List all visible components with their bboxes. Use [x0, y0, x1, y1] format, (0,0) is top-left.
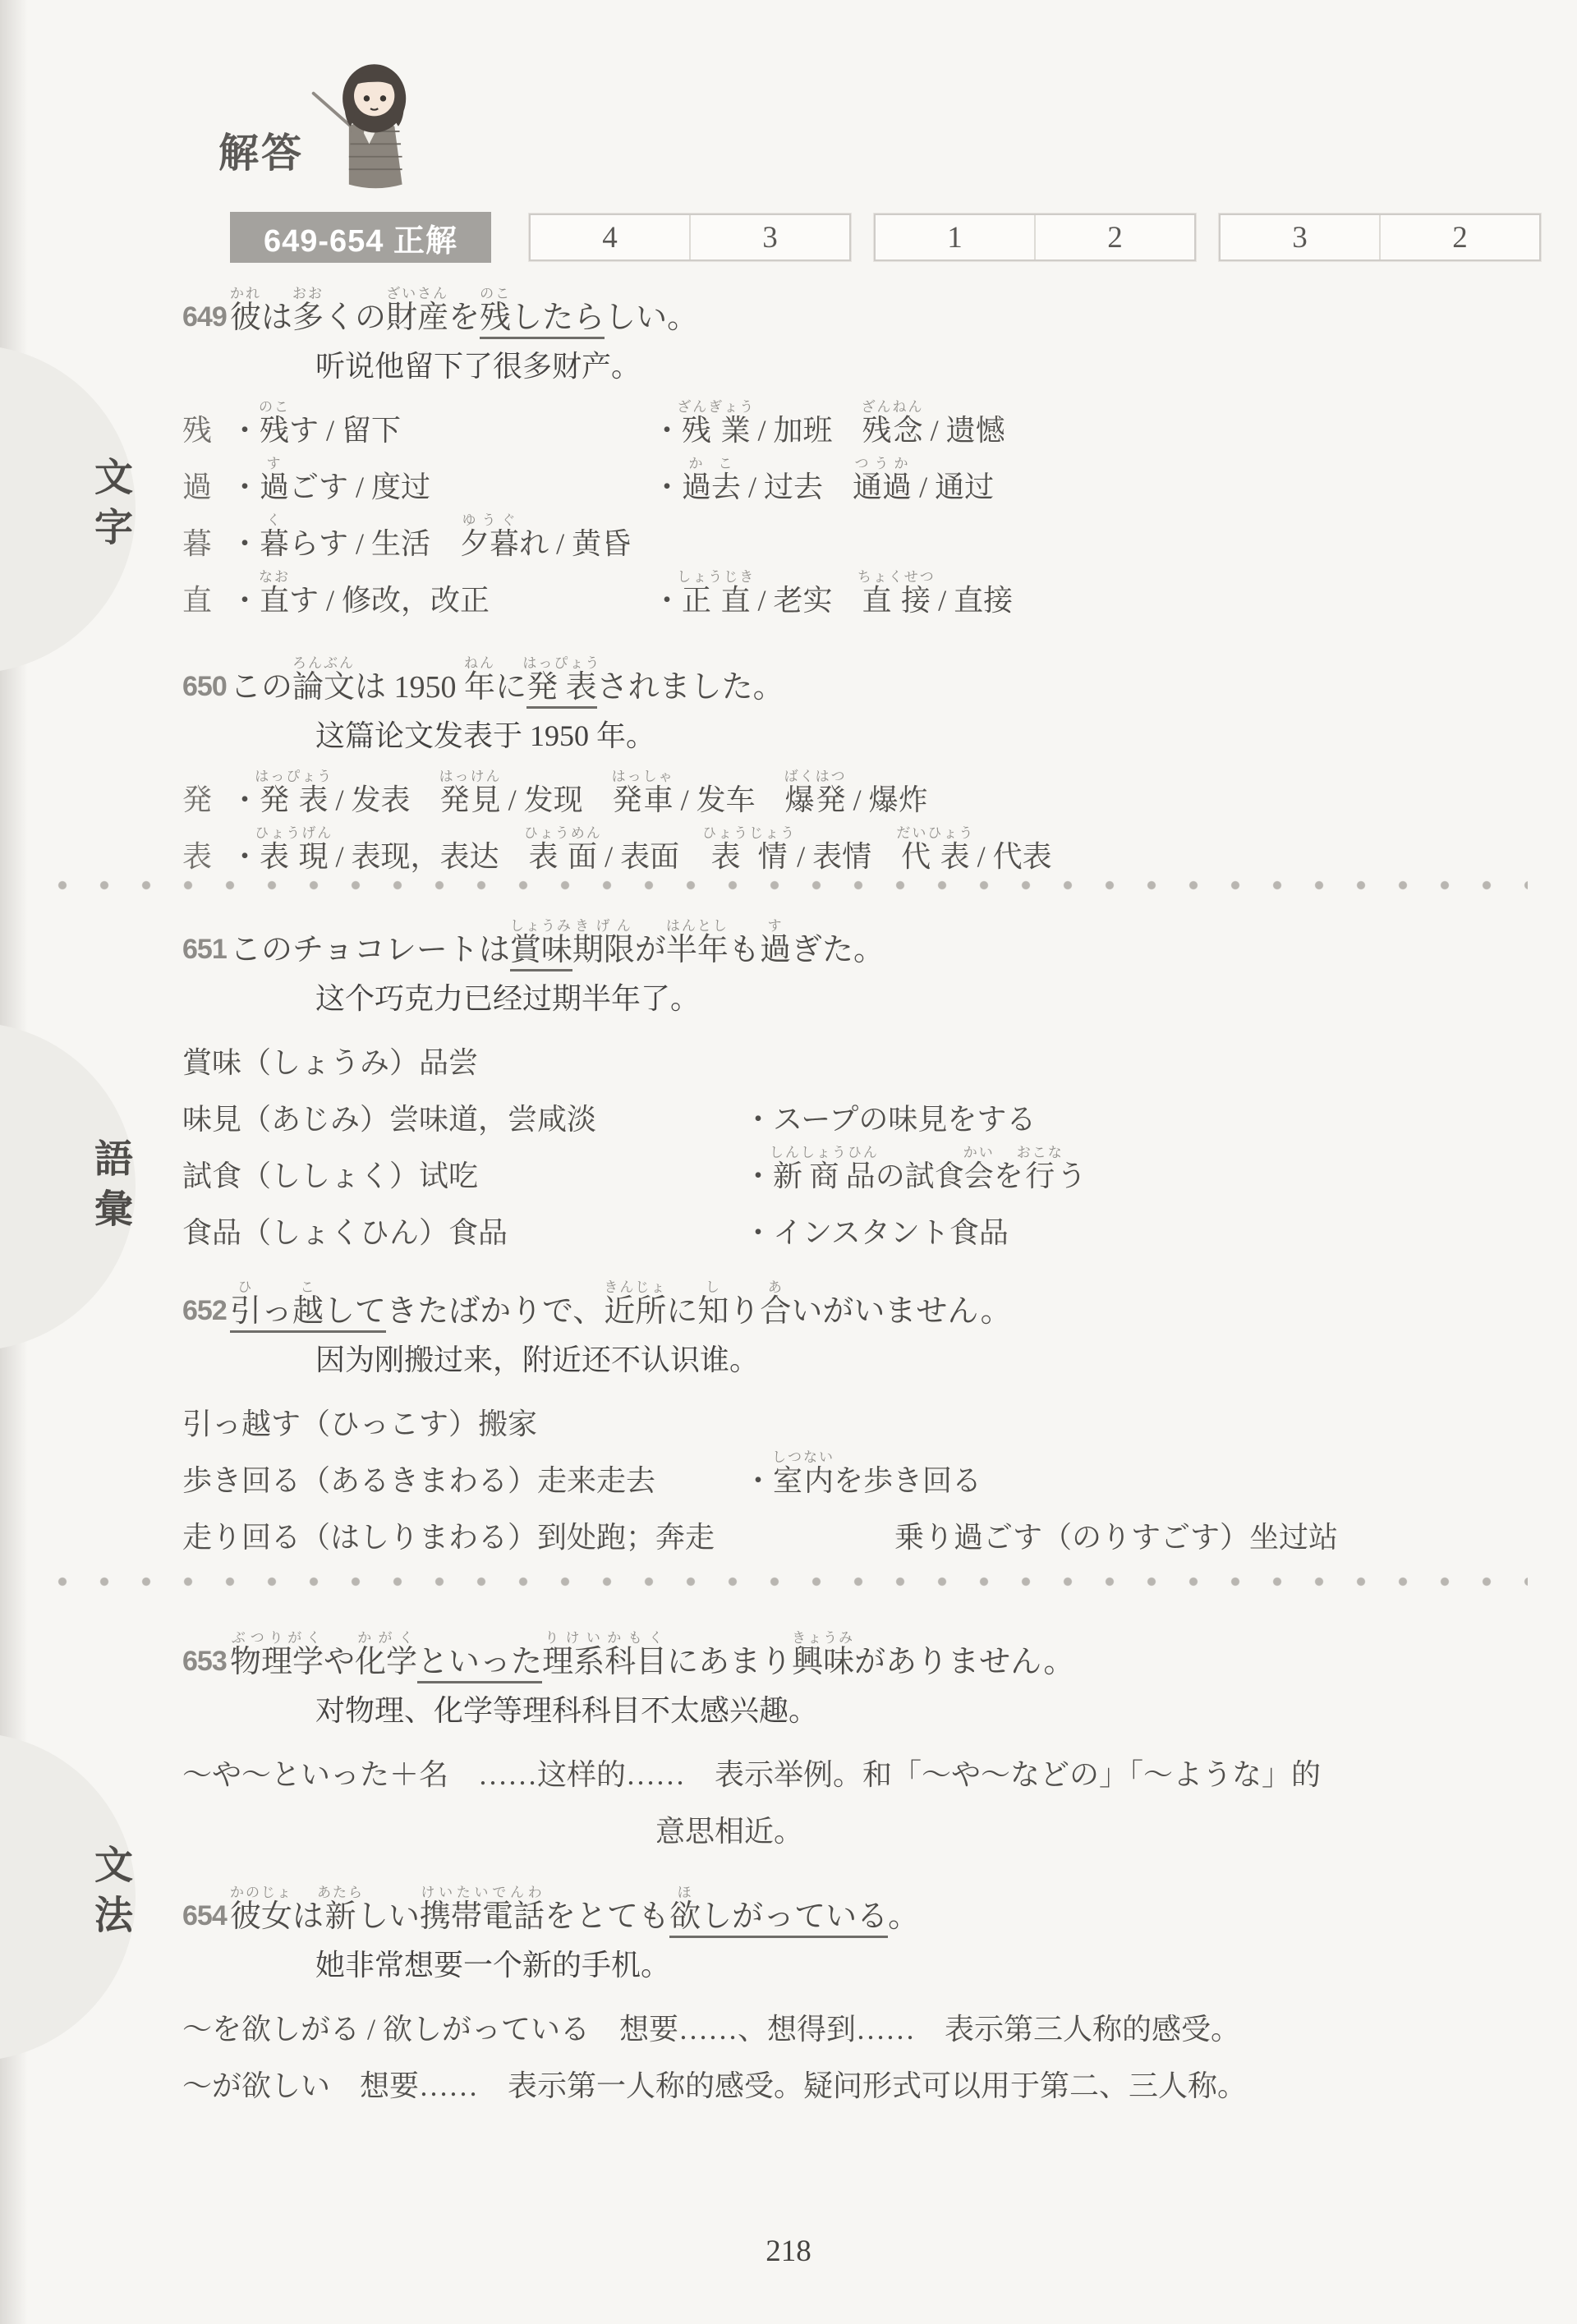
- ruby-word: 暮く: [260, 527, 289, 560]
- line-part: 発: [182, 777, 230, 819]
- vocab-line: 試食（ししょく）试吃・新商品しんしょうひんの試食会かいを行おこなう: [182, 1141, 1529, 1195]
- line-part: 表: [182, 834, 230, 875]
- line-part: ・室内しつないを歩き回る: [743, 1449, 982, 1500]
- vocab-line: 引っ越す（ひっこす）搬家: [182, 1389, 1529, 1443]
- line-part: 試食（ししょく）试吃: [182, 1153, 743, 1195]
- text-segment: / 发车: [674, 783, 785, 816]
- text-segment: / 直接: [931, 584, 1013, 617]
- text-segment: ・: [230, 527, 260, 560]
- ruby-word: 新あたら: [324, 1899, 357, 1934]
- text-segment: 直: [182, 584, 212, 617]
- line-part: 賞味（しょうみ）品尝: [182, 1040, 478, 1082]
- answer-cell: 3: [689, 215, 849, 259]
- ruby-word: 発見はっけん: [440, 783, 501, 816]
- question-sentence: 650 この論文ろんぶんは 1950 年ねんに発表はっぴょうされました。: [182, 647, 1529, 706]
- vocab-line: 味見（あじみ）尝味道，尝咸淡・スープの味見をする: [182, 1084, 1529, 1138]
- vocab-line: 表・表現ひょうげん / 表现，表达 表面ひょうめん / 表面 表情ひょうじょう …: [182, 821, 1529, 875]
- translation-line: 这篇论文发表于 1950 年。: [315, 713, 1529, 755]
- text-segment: ぎた。: [791, 933, 885, 967]
- line-part: 〜を欲しがる / 欲しがっている 想要……、想得到…… 表示第三人称的感受。: [182, 2006, 1240, 2048]
- text-segment: 走り回る（はしりまわる）到处跑；奔走: [182, 1521, 715, 1554]
- question-block: 653 物理学ぶつりがくや化学かがくといった理系科目りけいかもくにあまり興味きょ…: [182, 1622, 1529, 1853]
- ruby-word: 爆発ばくはつ: [785, 783, 846, 816]
- ruby-word: 多おお: [292, 301, 324, 335]
- question-block: 650 この論文ろんぶんは 1950 年ねんに発表はっぴょうされました。 这篇论…: [182, 647, 1529, 878]
- correct-range-badge: 649-654 正解: [230, 212, 491, 263]
- vocab-line: 歩き回る（あるきまわる）走来走去・室内しつないを歩き回る: [182, 1445, 1529, 1500]
- text-segment: の試食: [876, 1160, 964, 1192]
- text-segment: は: [261, 301, 292, 335]
- ruby-word: 発表はっぴょう: [260, 783, 329, 816]
- text-segment: 〜を欲しがる / 欲しがっている 想要……、想得到…… 表示第三人称的感受。: [182, 2013, 1240, 2046]
- text-segment: ごす / 度过: [289, 471, 430, 503]
- text-segment: / 表情: [789, 840, 901, 873]
- answer-group: 4 3: [529, 214, 851, 261]
- text-segment: 味見（あじみ）尝味道，尝咸淡: [182, 1103, 596, 1136]
- vocab-lines: 発・発表はっぴょう / 发表 発見はっけん / 发现 発車はっしゃ / 发车 爆…: [182, 765, 1529, 875]
- ruby-word: 残のこ: [480, 301, 511, 339]
- question-number: 650: [182, 671, 230, 706]
- margin-label-bunpou: 文法: [84, 1844, 139, 1945]
- question-block: 651 このチョコレートは賞味しょうみ期限きげんが半年はんとしも過すぎた。 这个…: [182, 910, 1529, 1254]
- text-segment: ・: [230, 584, 260, 617]
- ruby-word: 発車はっしゃ: [613, 783, 674, 816]
- text-segment: したら: [511, 301, 605, 339]
- text-segment: が: [635, 933, 666, 967]
- ruby-word: 興味きょうみ: [792, 1645, 854, 1679]
- text-segment: ・: [652, 471, 682, 503]
- question-number: 652: [182, 1295, 230, 1330]
- ruby-word: 越こ: [292, 1294, 324, 1333]
- text-segment: に: [666, 1294, 697, 1329]
- ruby-word: 携帯電話けいたいでんわ: [420, 1899, 545, 1934]
- text-segment: この: [230, 670, 292, 705]
- book-page: 文字 語彙 文法 解答 649-654 正解 4 3 1 2 3 2: [0, 0, 1577, 2324]
- text-segment: / 加班: [751, 414, 862, 447]
- ruby-word: 表現ひょうげん: [260, 840, 329, 873]
- text-segment: 発: [182, 783, 212, 816]
- text-segment: / 发现: [501, 783, 613, 816]
- answer-cell: 4: [531, 215, 689, 259]
- ruby-word: 新商品しんしょうひん: [773, 1160, 876, 1192]
- text-segment: ・インスタント食品: [743, 1216, 1009, 1249]
- text-segment: ・: [230, 414, 260, 447]
- grammar-lines: 〜や〜といった＋名 ……这样的…… 表示举例。和「〜や〜などの」「〜ような」的意…: [182, 1739, 1529, 1850]
- question-sentence: 651 このチョコレートは賞味しょうみ期限きげんが半年はんとしも過すぎた。: [182, 910, 1529, 969]
- text-segment: いがいません。: [791, 1294, 1011, 1329]
- question-block: 654 彼女かのじょは新あたらしい携帯電話けいたいでんわをとても欲ほしがっている…: [182, 1876, 1529, 2107]
- text-segment: らす / 生活: [289, 527, 460, 560]
- question-number: 653: [182, 1646, 230, 1681]
- text-segment: / 表现，表达: [329, 840, 529, 873]
- vocab-line: 直・直なおす / 修改，改正・正直しょうじき / 老实 直接ちょくせつ / 直接: [182, 565, 1529, 619]
- line-part: ・発表はっぴょう / 发表 発見はっけん / 发现 発車はっしゃ / 发车 爆発…: [230, 769, 928, 819]
- line-part: ・表現ひょうげん / 表现，表达 表面ひょうめん / 表面 表情ひょうじょう /…: [230, 825, 1052, 875]
- text-segment: 賞味（しょうみ）品尝: [182, 1046, 478, 1079]
- line-part: 残: [182, 407, 230, 449]
- text-segment: をとても: [545, 1899, 669, 1934]
- answer-group: 1 2: [874, 214, 1196, 261]
- text-segment: / 老实: [751, 584, 862, 617]
- ruby-word: 過す: [260, 471, 289, 503]
- vocab-lines: 引っ越す（ひっこす）搬家歩き回る（あるきまわる）走来走去・室内しつないを歩き回る…: [182, 1389, 1529, 1556]
- sentence-text: 彼かれは多おおくの財産ざいさんを残のこしたらしい。: [230, 286, 698, 337]
- question-number: 651: [182, 934, 230, 969]
- text-segment: ・: [230, 471, 260, 503]
- sentence-text: この論文ろんぶんは 1950 年ねんに発表はっぴょうされました。: [230, 655, 784, 706]
- line-part: ・インスタント食品: [743, 1210, 1009, 1252]
- ruby-word: 賞味しょうみ: [510, 933, 572, 971]
- line-part: 走り回る（はしりまわる）到处跑；奔走: [182, 1514, 894, 1556]
- ruby-word: 残念ざんねん: [862, 414, 923, 447]
- ruby-word: 表情ひょうじょう: [709, 840, 789, 873]
- vocab-line: 食品（しょくひん）食品・インスタント食品: [182, 1197, 1529, 1252]
- text-segment: ・: [743, 1464, 773, 1497]
- translation-line: 她非常想要一个新的手机。: [315, 1942, 1529, 1984]
- text-segment: くの: [324, 301, 386, 335]
- question-number: 654: [182, 1900, 230, 1936]
- text-segment: しい。: [605, 301, 698, 335]
- question-sentence: 652 引ひっ越こしてきたばかりで、近所きんじょに知しり合あいがいません。: [182, 1271, 1529, 1330]
- vocab-line: 意思相近。: [182, 1796, 1529, 1850]
- text-segment: 〜が欲しい 想要…… 表示第一人称的感受。疑问形式可以用于第二、三人称。: [182, 2069, 1247, 2102]
- text-segment: / 发表: [329, 783, 440, 816]
- text-segment: / 代表: [970, 840, 1052, 873]
- text-segment: / 通过: [912, 471, 994, 503]
- vocab-line: 〜が欲しい 想要…… 表示第一人称的感受。疑问形式可以用于第二、三人称。: [182, 2051, 1529, 2105]
- text-segment: 乗り過ごす（のりすごす）坐过站: [894, 1521, 1338, 1554]
- vocab-line: 暮・暮くらす / 生活 夕暮ゆうぐれ / 黄昏: [182, 508, 1529, 563]
- answer-cell: 2: [1379, 215, 1539, 259]
- vocab-line: 〜や〜といった＋名 ……这样的…… 表示举例。和「〜や〜などの」「〜ような」的: [182, 1739, 1529, 1794]
- vocab-lines: 賞味（しょうみ）品尝味見（あじみ）尝味道，尝咸淡・スープの味見をする試食（ししょ…: [182, 1027, 1529, 1252]
- text-segment: は 1950: [355, 670, 464, 705]
- ruby-word: 化学かがく: [355, 1645, 417, 1679]
- text-segment: を歩き回る: [834, 1464, 982, 1497]
- ruby-word: 表面ひょうめん: [529, 840, 598, 873]
- line-part: ・直なおす / 修改，改正: [230, 569, 652, 619]
- text-segment: 表: [182, 840, 212, 873]
- text-segment: / 遗憾: [923, 414, 1005, 447]
- line-part: ・過すごす / 度过: [230, 456, 652, 506]
- line-part: ・スープの味見をする: [743, 1096, 1036, 1138]
- ruby-word: 彼かれ: [230, 301, 261, 335]
- ruby-word: 正直しょうじき: [682, 584, 751, 617]
- line-part: 暮: [182, 521, 230, 563]
- ruby-word: 残のこ: [260, 414, 289, 447]
- question-sentence: 649 彼かれは多おおくの財産ざいさんを残のこしたらしい。: [182, 278, 1529, 337]
- ruby-word: 直接ちょくせつ: [862, 584, 931, 617]
- line-part: 直: [182, 577, 230, 619]
- ruby-word: 直なお: [260, 584, 289, 617]
- ruby-word: 合あ: [760, 1294, 791, 1329]
- text-segment: う: [1057, 1160, 1087, 1192]
- line-part: 過: [182, 464, 230, 506]
- text-segment: 引っ越す（ひっこす）搬家: [182, 1408, 537, 1440]
- ruby-word: 発表はっぴょう: [526, 670, 597, 709]
- text-segment: す / 修改，改正: [289, 584, 490, 617]
- ruby-word: 引ひ: [230, 1294, 261, 1333]
- text-segment: を: [448, 301, 480, 335]
- page-number: 218: [0, 2234, 1577, 2269]
- ruby-word: 半年はんとし: [666, 933, 729, 967]
- text-segment: / 过去: [741, 471, 853, 503]
- text-segment: されました。: [597, 670, 784, 705]
- text-segment: といった: [417, 1645, 542, 1683]
- line-part: 乗り過ごす（のりすごす）坐过站: [894, 1514, 1338, 1556]
- vocab-line: 〜を欲しがる / 欲しがっている 想要……、想得到…… 表示第三人称的感受。: [182, 1994, 1529, 2048]
- question-block: 649 彼かれは多おおくの財産ざいさんを残のこしたらしい。 听说他留下了很多财产…: [182, 278, 1529, 622]
- sentence-text: 彼女かのじょは新あたらしい携帯電話けいたいでんわをとても欲ほしがっている。: [230, 1885, 919, 1936]
- text-segment: す / 留下: [289, 414, 401, 447]
- ruby-word: 過す: [760, 933, 791, 967]
- ruby-word: 彼女かのじょ: [230, 1899, 292, 1934]
- dotted-separator: [57, 880, 1528, 890]
- line-part: ・残のこす / 留下: [230, 399, 652, 449]
- ruby-word: 室内しつない: [773, 1464, 834, 1497]
- text-segment: ・スープの味見をする: [743, 1103, 1036, 1136]
- text-segment: 過: [182, 471, 212, 503]
- text-segment: にあまり: [667, 1645, 792, 1679]
- answer-header-row: 649-654 正解 4 3 1 2 3 2: [230, 212, 1541, 263]
- ruby-word: 行おこな: [1023, 1160, 1057, 1192]
- sentence-text: 物理学ぶつりがくや化学かがくといった理系科目りけいかもくにあまり興味きょうみがあ…: [230, 1630, 1074, 1681]
- text-segment: / 表面: [597, 840, 709, 873]
- line-part: 意思相近。: [655, 1808, 803, 1850]
- answer-cell: 2: [1034, 215, 1194, 259]
- line-part: ・正直しょうじき / 老实 直接ちょくせつ / 直接: [652, 569, 1013, 619]
- ruby-word: 会かい: [964, 1160, 994, 1192]
- sentence-text: 引ひっ越こしてきたばかりで、近所きんじょに知しり合あいがいません。: [230, 1279, 1012, 1330]
- text-segment: っ: [261, 1294, 292, 1333]
- text-segment: 残: [182, 414, 212, 447]
- vocab-lines: 残・残のこす / 留下・残業ざんぎょう / 加班 残念ざんねん / 遗憾過・過す…: [182, 395, 1529, 619]
- ruby-word: 論文ろんぶん: [292, 670, 355, 705]
- line-part: ・暮くらす / 生活 夕暮ゆうぐれ / 黄昏: [230, 512, 631, 563]
- text-segment: きたばかりで、: [386, 1294, 604, 1329]
- text-segment: れ / 黄昏: [519, 527, 631, 560]
- answer-cell: 1: [876, 215, 1034, 259]
- question-number: 649: [182, 301, 230, 337]
- text-segment: がありません。: [854, 1645, 1074, 1679]
- text-segment: り: [729, 1294, 760, 1329]
- ruby-word: 欲ほ: [669, 1899, 701, 1938]
- sentence-text: このチョコレートは賞味しょうみ期限きげんが半年はんとしも過すぎた。: [230, 918, 885, 969]
- translation-line: 这个巧克力已经过期半年了。: [315, 976, 1529, 1017]
- ruby-word: 財産ざいさん: [386, 301, 448, 335]
- margin-label-goi: 語彙: [84, 1138, 139, 1238]
- answer-cell: 3: [1221, 215, 1379, 259]
- ruby-word: 代表だいひょう: [901, 840, 970, 873]
- line-part: 〜が欲しい 想要…… 表示第一人称的感受。疑问形式可以用于第二、三人称。: [182, 2063, 1247, 2105]
- text-segment: 。: [888, 1899, 919, 1934]
- vocab-line: 残・残のこす / 留下・残業ざんぎょう / 加班 残念ざんねん / 遗憾: [182, 395, 1529, 449]
- text-segment: ・: [743, 1160, 773, 1192]
- text-segment: 食品（しょくひん）食品: [182, 1216, 508, 1249]
- text-segment: 歩き回る（あるきまわる）走来走去: [182, 1464, 655, 1497]
- text-segment: 〜や〜といった＋名 ……这样的…… 表示举例。和「〜や〜などの」「〜ような」的: [182, 1758, 1321, 1791]
- text-segment: このチョコレートは: [230, 933, 510, 967]
- line-part: 味見（あじみ）尝味道，尝咸淡: [182, 1096, 743, 1138]
- line-part: 歩き回る（あるきまわる）走来走去: [182, 1458, 743, 1500]
- question-sentence: 653 物理学ぶつりがくや化学かがくといった理系科目りけいかもくにあまり興味きょ…: [182, 1622, 1529, 1681]
- answer-group: 3 2: [1219, 214, 1541, 261]
- vocab-line: 発・発表はっぴょう / 发表 発見はっけん / 发现 発車はっしゃ / 发车 爆…: [182, 765, 1529, 819]
- line-part: ・過去かこ / 过去 通過つうか / 通过: [652, 456, 994, 506]
- line-part: 〜や〜といった＋名 ……这样的…… 表示举例。和「〜や〜などの」「〜ような」的: [182, 1752, 1321, 1794]
- text-segment: や: [324, 1645, 355, 1679]
- ruby-word: 物理学ぶつりがく: [230, 1645, 324, 1679]
- question-block: 652 引ひっ越こしてきたばかりで、近所きんじょに知しり合あいがいません。 因为…: [182, 1271, 1529, 1559]
- question-sentence: 654 彼女かのじょは新あたらしい携帯電話けいたいでんわをとても欲ほしがっている…: [182, 1876, 1529, 1936]
- dotted-separator: [57, 1577, 1528, 1587]
- vocab-line: 走り回る（はしりまわる）到处跑；奔走乗り過ごす（のりすごす）坐过站: [182, 1502, 1529, 1556]
- line-part: 食品（しょくひん）食品: [182, 1210, 743, 1252]
- ruby-word: 知し: [697, 1294, 729, 1329]
- ruby-word: 年ねん: [464, 670, 495, 705]
- margin-label-moji: 文字: [84, 457, 139, 557]
- ruby-word: 通過つうか: [853, 471, 912, 503]
- answer-section-label: 解答: [218, 122, 304, 179]
- vocab-line: 賞味（しょうみ）品尝: [182, 1027, 1529, 1082]
- text-segment: 試食（ししょく）试吃: [182, 1160, 478, 1192]
- line-part: ・新商品しんしょうひんの試食会かいを行おこなう: [743, 1145, 1087, 1195]
- line-part: ・残業ざんぎょう / 加班 残念ざんねん / 遗憾: [652, 399, 1005, 449]
- line-part: 引っ越す（ひっこす）搬家: [182, 1401, 537, 1443]
- ruby-word: 理系科目りけいかもく: [542, 1645, 667, 1679]
- text-segment: も: [729, 933, 760, 967]
- text-segment: しがっている: [701, 1899, 888, 1938]
- translation-line: 对物理、化学等理科科目不太感兴趣。: [315, 1688, 1529, 1729]
- ruby-word: 過去かこ: [682, 471, 741, 503]
- translation-line: 听说他留下了很多财产。: [315, 343, 1529, 385]
- grammar-lines: 〜を欲しがる / 欲しがっている 想要……、想得到…… 表示第三人称的感受。〜が…: [182, 1994, 1529, 2105]
- text-segment: / 爆炸: [846, 783, 928, 816]
- teacher-illustration: [306, 43, 433, 195]
- translation-line: 因为刚搬过来，附近还不认识谁。: [315, 1337, 1529, 1379]
- ruby-word: 夕暮ゆうぐ: [460, 527, 519, 560]
- ruby-word: 期限きげん: [572, 933, 635, 967]
- vocab-line: 過・過すごす / 度过・過去かこ / 过去 通過つうか / 通过: [182, 452, 1529, 506]
- ruby-word: 近所きんじょ: [604, 1294, 666, 1329]
- text-segment: 暮: [182, 527, 212, 560]
- text-segment: しい: [357, 1899, 420, 1934]
- text-segment: して: [324, 1294, 386, 1333]
- text-segment: 意思相近。: [655, 1815, 803, 1848]
- ruby-word: 残業ざんぎょう: [682, 414, 751, 447]
